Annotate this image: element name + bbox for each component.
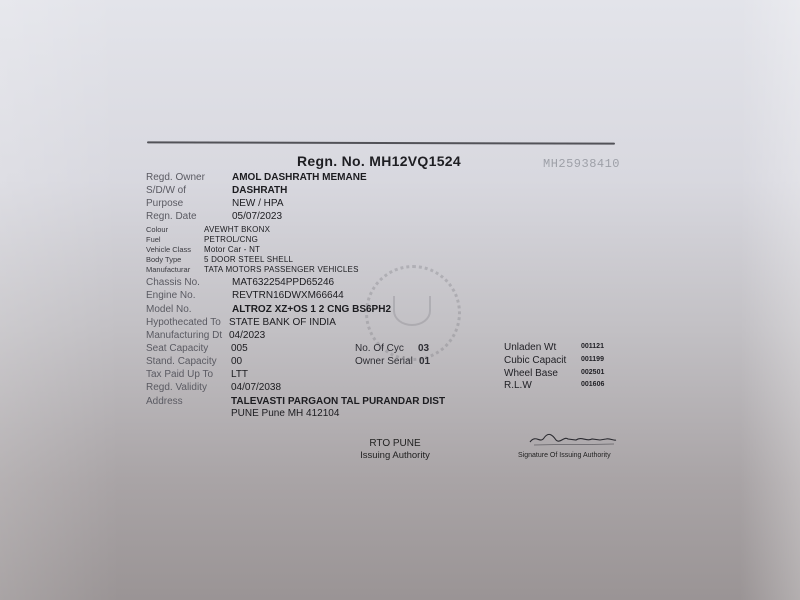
field-label: Manufacturar (146, 265, 190, 274)
field-value: 04/07/2038 (231, 382, 281, 393)
field-value: DASHRATH (232, 185, 287, 196)
issuing-authority-block: RTO PUNE Issuing Authority (355, 438, 435, 461)
field-value: NEW / HPA (232, 198, 283, 209)
field-label: Seat Capacity (146, 343, 208, 354)
field-unladen-wt: Unladen Wt 001121 (504, 342, 556, 353)
top-rule (147, 141, 615, 144)
field-label: Regd. Owner (146, 172, 205, 183)
field-label: Body Type (146, 255, 181, 264)
field-value: STATE BANK OF INDIA (229, 317, 336, 328)
field-cubic-capacity: Cubic Capacit 001199 (504, 355, 566, 366)
field-label: Tax Paid Up To (146, 369, 213, 380)
regn-number: MH12VQ1524 (369, 153, 461, 169)
field-label: Stand. Capacity (146, 356, 217, 367)
field-value: PETROL/CNG (204, 235, 258, 244)
field-label: Unladen Wt (504, 342, 556, 353)
field-value-line2: PUNE Pune MH 412104 (231, 408, 339, 419)
regn-label: Regn. No. (297, 153, 365, 169)
field-label: Fuel (146, 235, 161, 244)
field-value: 001121 (581, 343, 604, 350)
signature-icon (528, 430, 618, 448)
field-value: MAT632254PPD65246 (232, 277, 334, 288)
form-serial-number: MH25938410 (543, 157, 620, 171)
field-label: Vehicle Class (146, 245, 191, 254)
field-value: LTT (231, 369, 248, 380)
field-value: AMOL DASHRATH MEMANE (232, 172, 367, 183)
field-label: Wheel Base (504, 368, 558, 379)
field-value: TALEVASTI PARGAON TAL PURANDAR DIST (231, 396, 445, 407)
field-label: Engine No. (146, 290, 195, 301)
paper-shading-left (0, 0, 120, 600)
field-rlw: R.L.W 001606 (504, 380, 532, 391)
field-label: No. Of Cyc (355, 343, 404, 354)
paper-shading-right (740, 0, 800, 600)
field-label: Purpose (146, 198, 183, 209)
registration-title: Regn. No. MH12VQ1524 (297, 153, 461, 169)
field-value: 001199 (581, 356, 604, 363)
field-owner-serial: Owner Serial 01 (355, 356, 413, 367)
field-label: Model No. (146, 304, 192, 315)
field-value: TATA MOTORS PASSENGER VEHICLES (204, 265, 359, 274)
field-label: Hypothecated To (146, 317, 221, 328)
field-value: 05/07/2023 (232, 211, 282, 222)
field-value: Motor Car - NT (204, 245, 260, 254)
field-label: Colour (146, 225, 168, 234)
signature-label: Signature Of Issuing Authority (518, 452, 611, 459)
field-label: R.L.W (504, 380, 532, 391)
field-value: REVTRN16DWXM66644 (232, 290, 344, 301)
field-label: Cubic Capacit (504, 355, 566, 366)
field-value: 03 (418, 343, 429, 354)
field-value: ALTROZ XZ+OS 1 2 CNG BS6PH2 (232, 304, 391, 315)
field-value: 00 (231, 356, 242, 367)
field-label: S/D/W of (146, 185, 186, 196)
field-label: Regn. Date (146, 211, 197, 222)
field-label: Owner Serial (355, 356, 413, 367)
field-value: 5 DOOR STEEL SHELL (204, 255, 293, 264)
field-label: Address (146, 396, 183, 407)
field-label: Regd. Validity (146, 382, 207, 393)
field-value: 005 (231, 343, 248, 354)
field-value: AVEWHT BKONX (204, 225, 270, 234)
field-no-of-cyl: No. Of Cyc 03 (355, 343, 404, 354)
field-value: 04/2023 (229, 330, 265, 341)
authority-label: Issuing Authority (355, 450, 435, 461)
field-value: 01 (419, 356, 430, 367)
field-value: 001606 (581, 381, 604, 388)
field-wheel-base: Wheel Base 002501 (504, 368, 558, 379)
field-label: Chassis No. (146, 277, 200, 288)
field-value: 002501 (581, 369, 604, 376)
field-label: Manufacturing Dt (146, 330, 222, 341)
authority-name: RTO PUNE (355, 438, 435, 449)
